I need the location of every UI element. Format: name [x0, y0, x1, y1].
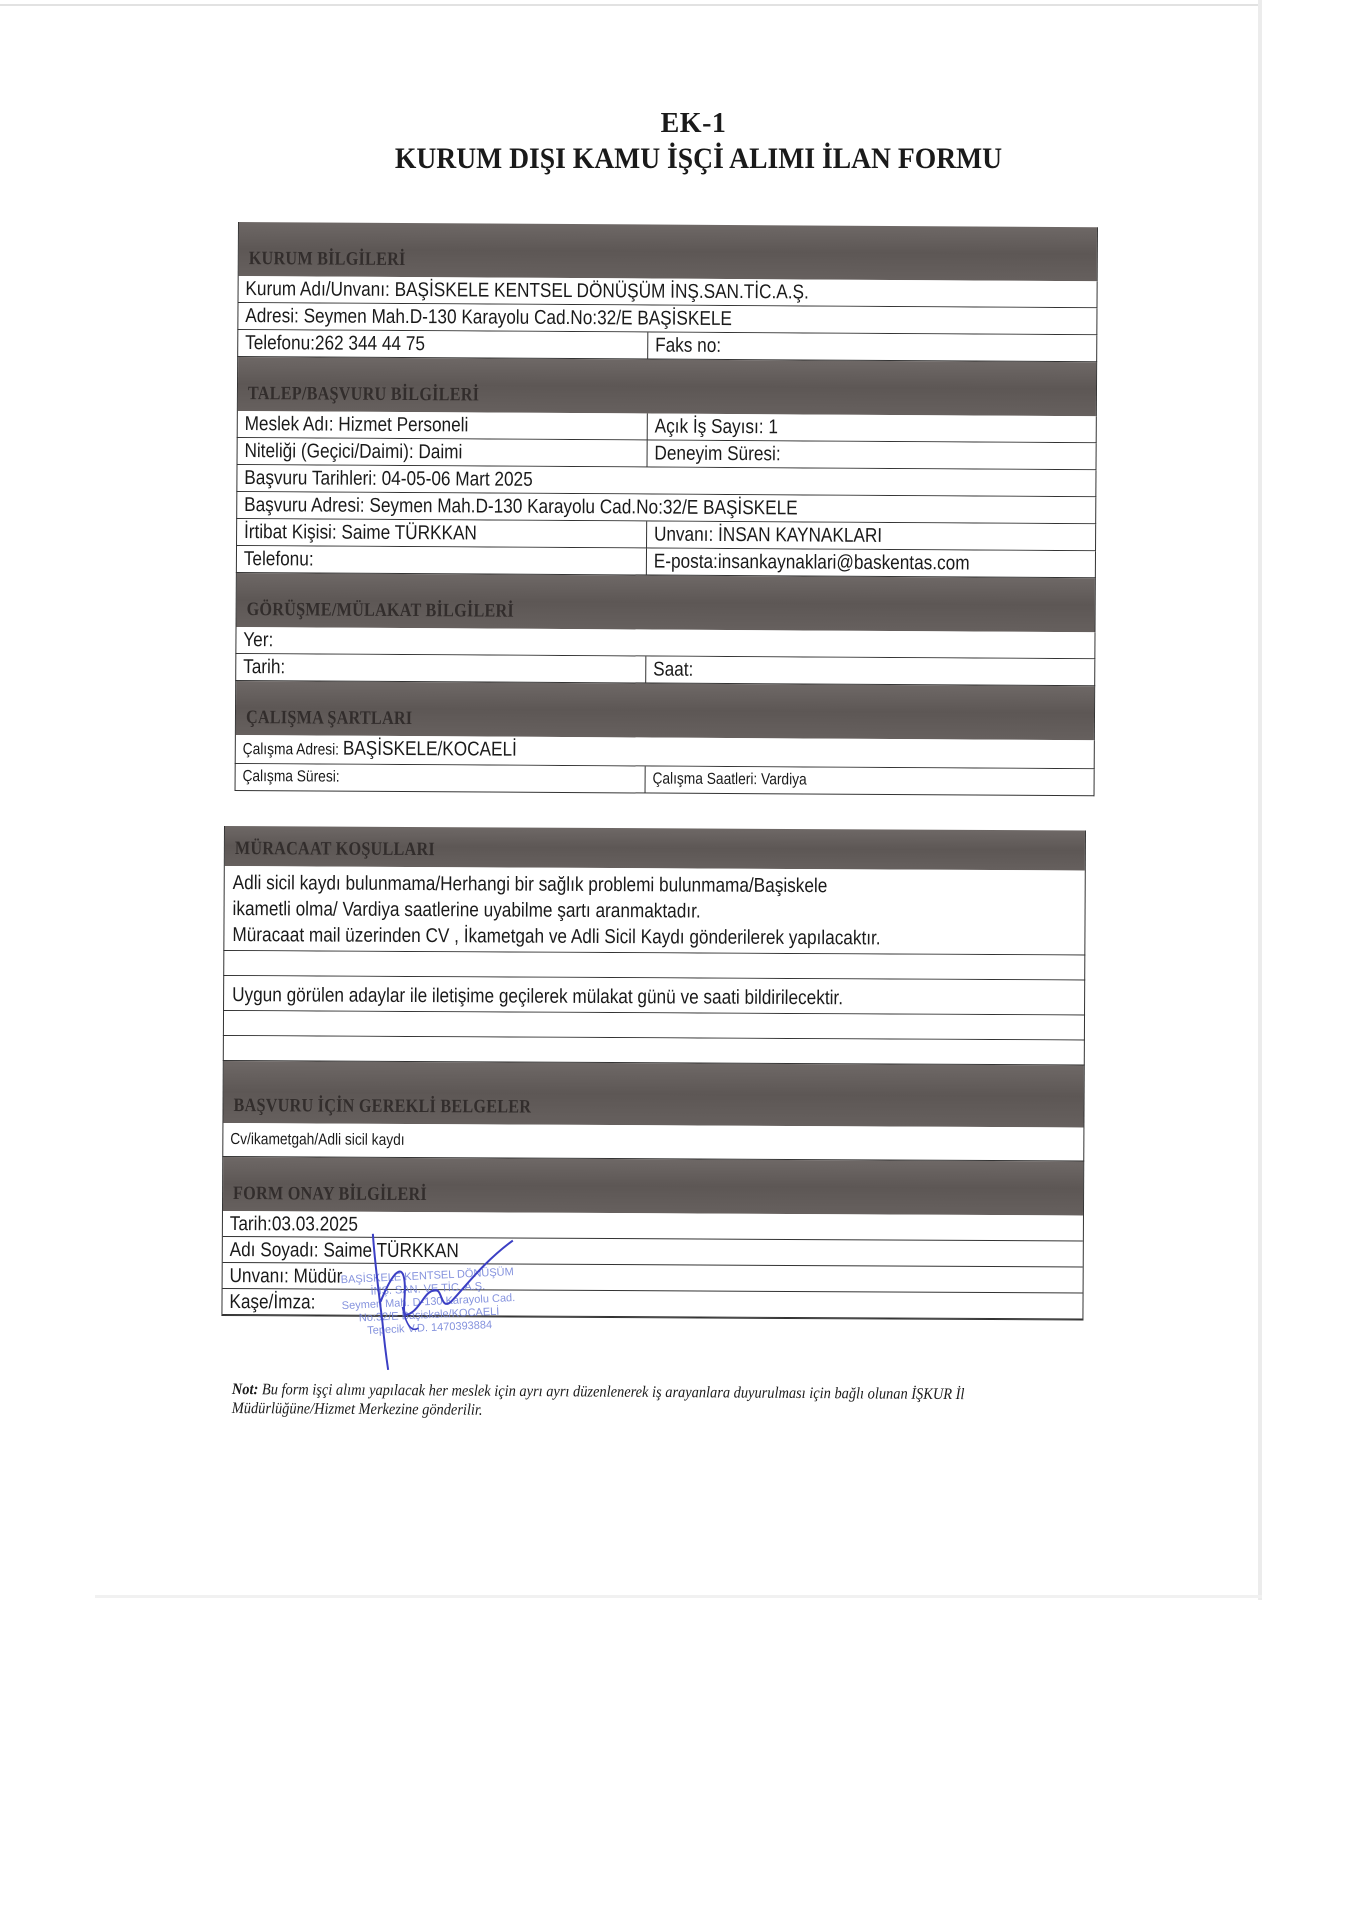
section-title: BAŞVURU İÇİN GEREKLİ BELGELER: [233, 1095, 531, 1119]
section-header-gorusme: GÖRÜŞME/MÜLAKAT BİLGİLERİ: [236, 573, 1096, 632]
calisma-adresi-label: Çalışma Adresi: BAŞİSKELE/KOCAELİ: [236, 735, 517, 765]
telefon-text: Telefonu:262 344 44 75: [238, 330, 425, 357]
calisma-saatleri-text: Çalışma Saatleri: Vardiya: [646, 767, 807, 794]
section-header-kurum: KURUM BİLGİLERİ: [238, 222, 1098, 281]
section-header-calisma: ÇALIŞMA ŞARTLARI: [235, 681, 1095, 740]
muracaat-extra: Uygun görülen adaylar ile iletişime geçi…: [223, 976, 1085, 1016]
section-header-muracaat: MÜRACAAT KOŞULLARI: [224, 826, 1086, 871]
signature-icon: [342, 1232, 543, 1373]
condition-line: Adli sicil kaydı bulunmama/Herhangi bir …: [233, 870, 959, 900]
niteligi-text: Niteliği (Geçici/Daimi): Daimi: [238, 438, 463, 465]
approval-block: Tarih:03.03.2025 Adı Soyadı: Saime TÜRKK…: [221, 1211, 1084, 1321]
scan-edge-bottom: [95, 1595, 1262, 1598]
unvani-text: Unvanı: İNSAN KAYNAKLARI: [647, 522, 882, 549]
section-header-onay: FORM ONAY BİLGİLERİ: [222, 1157, 1084, 1216]
field-belgeler: Cv/ikametgah/Adli sicil kaydı: [222, 1123, 1084, 1162]
scan-edge-right: [1258, 0, 1262, 1600]
onay-unvani-text: Unvanı: Müdür: [223, 1263, 343, 1290]
calisma-adresi-value: BAŞİSKELE/KOCAELİ: [343, 738, 517, 761]
section-title: TALEP/BAŞVURU BİLGİLERİ: [248, 383, 479, 406]
deneyim-suresi-text: Deneyim Süresi:: [648, 441, 781, 468]
saat-text: Saat:: [646, 657, 693, 683]
document-title-block: EK-1 KURUM DIŞI KAMU İŞÇİ ALIMI İLAN FOR…: [0, 108, 1357, 176]
kurum-adi-text: Kurum Adı/Unvanı: BAŞİSKELE KENTSEL DÖNÜ…: [239, 276, 977, 307]
note-text: Bu form işçi alımı yapılacak her meslek …: [232, 1381, 965, 1419]
basvuru-tarihleri-text: Başvuru Tarihleri: 04-05-06 Mart 2025: [237, 465, 975, 496]
form-upper: KURUM BİLGİLERİ Kurum Adı/Unvanı: BAŞİSK…: [235, 222, 1098, 796]
scan-edge-top: [0, 4, 1262, 6]
eposta-text: E-posta:insankaynaklari@baskentas.com: [647, 549, 970, 577]
condition-line: ikametli olma/ Vardiya saatlerine uyabil…: [232, 896, 958, 926]
faks-text: Faks no:: [648, 333, 721, 359]
yer-text: Yer:: [236, 627, 974, 658]
section-title: GÖRÜŞME/MÜLAKAT BİLGİLERİ: [247, 599, 514, 623]
irtibat-kisisi-text: İrtibat Kişisi: Saime TÜRKKAN: [237, 519, 477, 546]
form-lower: MÜRACAAT KOŞULLARI Adli sicil kaydı bulu…: [221, 826, 1086, 1321]
section-title: ÇALIŞMA ŞARTLARI: [246, 707, 413, 730]
section-title: KURUM BİLGİLERİ: [249, 248, 406, 271]
meslek-adi-text: Meslek Adı: Hizmet Personeli: [238, 411, 469, 438]
onay-tarih-text: Tarih:03.03.2025: [223, 1211, 358, 1238]
condition-line: Müracaat mail üzerinden CV , İkametgah v…: [232, 922, 958, 952]
basvuru-adresi-text: Başvuru Adresi: Seymen Mah.D-130 Karayol…: [237, 492, 975, 523]
calisma-suresi-text: Çalışma Süresi:: [236, 764, 340, 791]
telefonu-text: Telefonu:: [237, 546, 314, 572]
kase-imza-text: Kaşe/İmza:: [222, 1288, 315, 1314]
field-calisma-sure-saat: Çalışma Süresi: Çalışma Saatleri: Vardiy…: [235, 764, 1095, 796]
belgeler-text: Cv/ikametgah/Adli sicil kaydı: [223, 1127, 404, 1154]
document-title: KURUM DIŞI KAMU İŞÇİ ALIMI İLAN FORMU: [93, 142, 1305, 176]
tarih-text: Tarih:: [236, 654, 285, 680]
adres-text: Adresi: Seymen Mah.D-130 Karayolu Cad.No…: [238, 303, 976, 334]
section-title: FORM ONAY BİLGİLERİ: [233, 1183, 427, 1206]
section-title: MÜRACAAT KOŞULLARI: [235, 838, 435, 861]
annex-label: EK-1: [30, 108, 1357, 140]
section-header-belgeler: BAŞVURU İÇİN GEREKLİ BELGELER: [222, 1061, 1084, 1128]
note-label: Not:: [232, 1381, 259, 1398]
acik-is-sayisi-text: Açık İş Sayısı: 1: [648, 414, 778, 441]
footnote: Not: Bu form işçi alımı yapılacak her me…: [232, 1380, 1042, 1424]
extra-line: Uygun görülen adaylar ile iletişime geçi…: [232, 982, 958, 1012]
muracaat-conditions: Adli sicil kaydı bulunmama/Herhangi bir …: [223, 866, 1085, 956]
section-header-talep: TALEP/BAŞVURU BİLGİLERİ: [237, 357, 1097, 416]
